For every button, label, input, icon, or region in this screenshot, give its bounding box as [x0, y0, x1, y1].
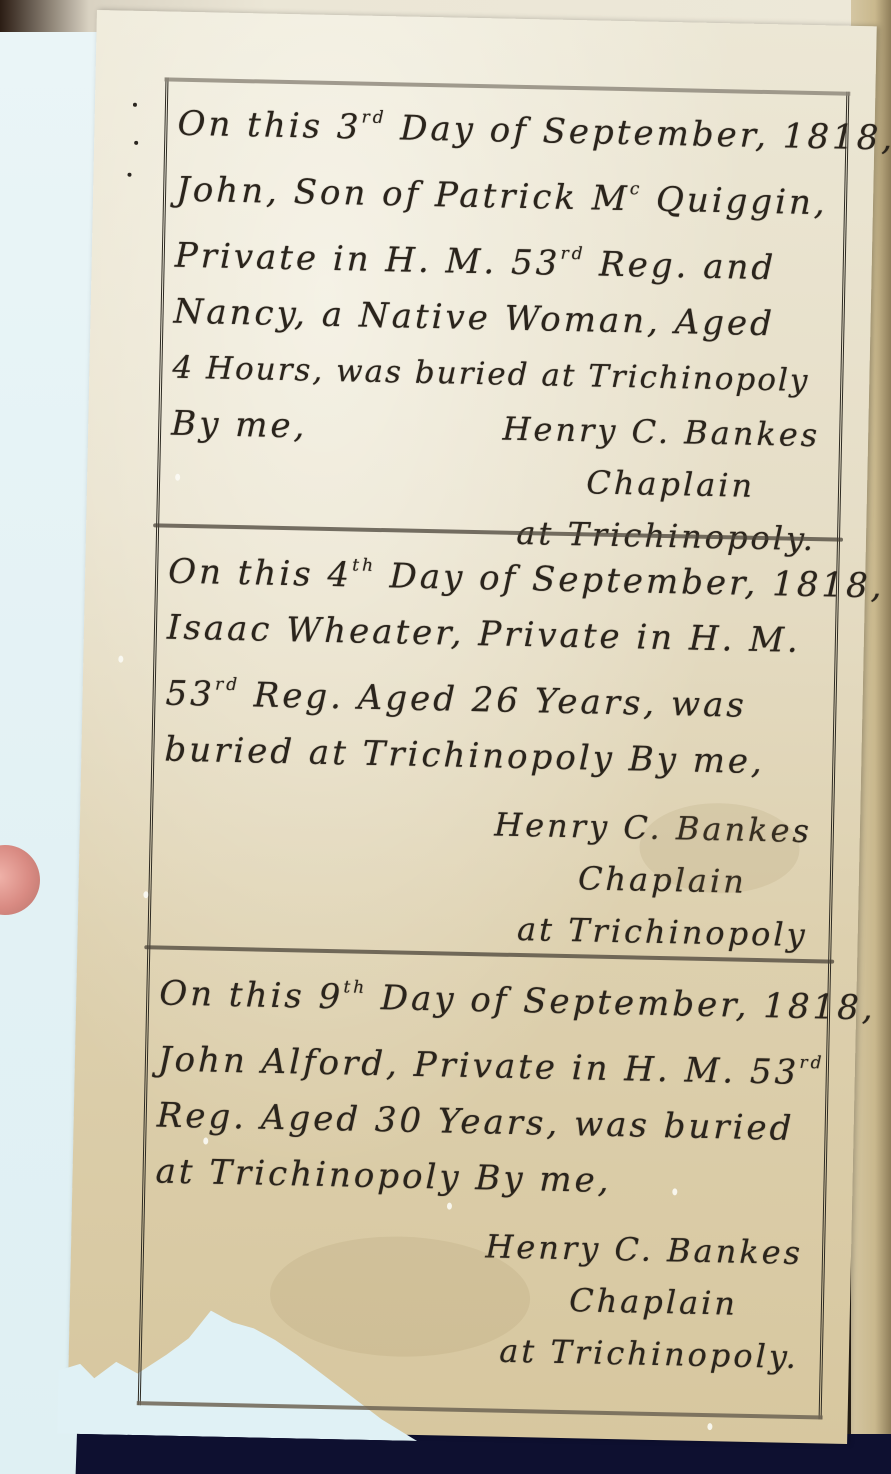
register-entry-2: On this 4th Day of September, 1818, Isaa…: [160, 534, 824, 962]
entry-line: By me,: [171, 396, 372, 456]
paper-speck: [118, 656, 123, 663]
binding-holes: [123, 91, 146, 211]
ruled-frame: On this 3rd Day of September, 1818, John…: [138, 77, 850, 1419]
register-page: On this 3rd Day of September, 1818, John…: [67, 10, 877, 1444]
paper-speck: [707, 1423, 712, 1430]
register-entry-1: On this 3rd Day of September, 1818, John…: [169, 86, 834, 566]
